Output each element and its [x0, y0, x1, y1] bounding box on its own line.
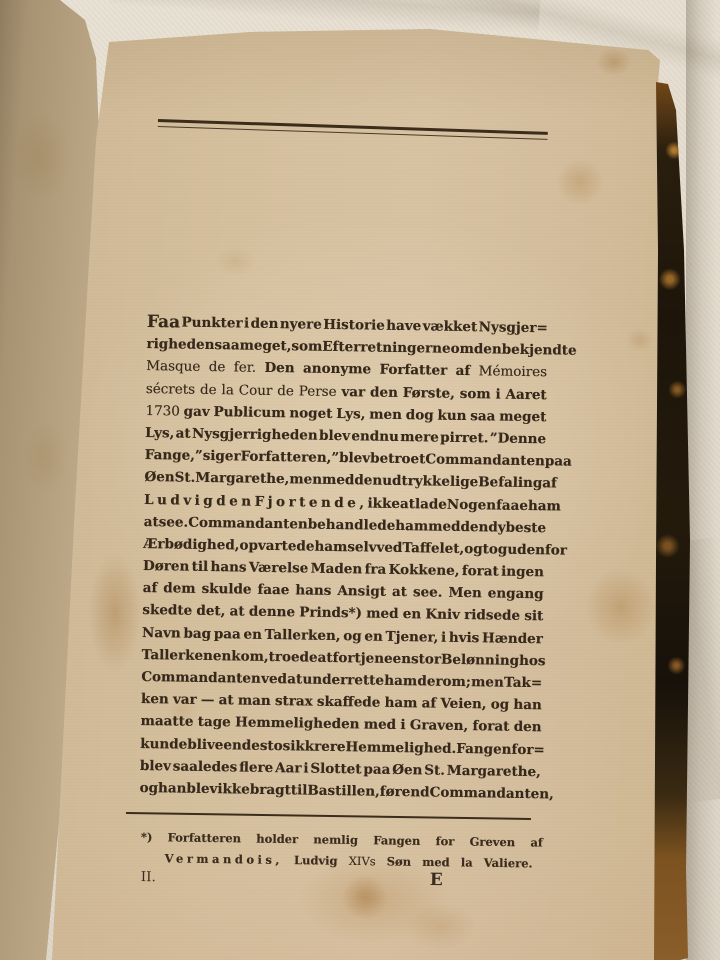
- word: af: [142, 577, 157, 599]
- word: ridsede: [464, 604, 520, 627]
- word: Bastillen,: [307, 780, 380, 803]
- word: denne: [249, 601, 296, 624]
- word: Ludvig: [144, 488, 217, 511]
- word: ved: [261, 668, 287, 691]
- word: fra: [364, 559, 386, 582]
- word: Aar: [275, 757, 302, 780]
- word: med: [366, 603, 399, 626]
- word: betroet: [370, 448, 426, 471]
- word: i: [400, 714, 405, 736]
- word: en: [403, 603, 422, 625]
- word: de: [277, 380, 294, 402]
- book-shadow: [686, 0, 720, 960]
- word: blive: [187, 733, 223, 756]
- word: Faa: [147, 311, 181, 334]
- word: en: [364, 625, 383, 647]
- word: Graven,: [410, 715, 469, 738]
- word: af: [530, 832, 543, 853]
- word: troede: [268, 646, 317, 669]
- word: Belønning: [441, 648, 519, 671]
- word: ingen: [501, 561, 544, 584]
- word: Publicum: [213, 401, 285, 424]
- word: den: [354, 470, 382, 493]
- volume-number: II.: [141, 869, 156, 885]
- footnote-rule: [126, 812, 531, 820]
- word: 1730: [145, 400, 180, 423]
- word: skulde: [201, 578, 251, 601]
- word: for=: [511, 738, 545, 761]
- word: Veien,: [440, 693, 486, 716]
- word: Margarethe,: [195, 467, 289, 491]
- word: og: [139, 777, 158, 799]
- word: tage: [198, 711, 231, 734]
- word: i: [441, 626, 446, 648]
- word: i: [244, 313, 249, 335]
- word: saaledes: [173, 755, 238, 778]
- header-rule: [158, 119, 548, 140]
- word: udtrykkelige: [382, 470, 478, 494]
- word: Nysgjer=: [478, 316, 547, 339]
- word: og: [490, 694, 509, 716]
- word: som: [459, 382, 490, 405]
- stain: [88, 552, 142, 674]
- word: skedte: [142, 599, 192, 622]
- word: om: [450, 338, 474, 361]
- word: endnu: [351, 425, 399, 448]
- word: kom,: [231, 645, 269, 668]
- word: vækket: [422, 315, 477, 338]
- book-page: FaaPunkteridennyereHistoriehavevækketNys…: [0, 0, 720, 960]
- word: opvartede: [239, 534, 314, 557]
- stain: [626, 328, 654, 352]
- word: dem: [163, 578, 196, 601]
- word: førend: [380, 781, 430, 804]
- word: forat: [462, 560, 499, 583]
- word: bag: [183, 622, 211, 645]
- fabric-fold: [109, 0, 541, 35]
- word: Fjortende,: [254, 490, 367, 514]
- word: ken: [141, 688, 169, 711]
- word: Slottet: [310, 757, 362, 780]
- signature-row: II. E: [141, 866, 443, 890]
- word: lade: [415, 493, 447, 516]
- word: Valiere.: [484, 853, 533, 875]
- word: Kniv: [425, 604, 460, 627]
- word: de: [209, 356, 226, 378]
- word: men: [471, 671, 504, 694]
- word: blev: [319, 425, 350, 448]
- word: saa: [470, 405, 495, 428]
- word: til: [291, 779, 308, 801]
- stain: [585, 568, 657, 646]
- word: og: [343, 625, 362, 647]
- word: med: [322, 469, 355, 492]
- word: Forfatteren,: [240, 446, 331, 470]
- word: derom;: [417, 670, 471, 693]
- word: hos: [519, 650, 546, 673]
- page-body-text: FaaPunkteridennyereHistoriehavevækketNys…: [139, 311, 548, 805]
- word: med: [428, 515, 461, 538]
- stain: [10, 112, 70, 202]
- word: mere: [400, 426, 439, 449]
- word: Commandanten: [188, 511, 308, 535]
- word: den: [513, 716, 541, 739]
- word: la: [221, 379, 234, 401]
- word: det,: [196, 600, 225, 623]
- word: at: [287, 668, 302, 690]
- word: af: [421, 693, 436, 715]
- word: see.: [413, 581, 443, 604]
- word: meget: [499, 405, 546, 428]
- word: ham: [528, 495, 561, 518]
- word: saa: [214, 334, 239, 357]
- word: faae: [496, 494, 528, 517]
- word: Efterretningerne: [322, 336, 451, 360]
- word: ”blev: [331, 447, 370, 470]
- word: stor: [411, 648, 441, 671]
- word: holder: [256, 829, 298, 851]
- word: have: [386, 315, 421, 338]
- word: underrette: [302, 668, 384, 691]
- word: ikke: [217, 778, 250, 801]
- word: ham: [395, 515, 428, 538]
- stain: [404, 902, 476, 950]
- word: at: [392, 581, 407, 603]
- word: skaffede: [317, 691, 381, 714]
- word: Forfatteren: [167, 827, 241, 849]
- word: den: [460, 516, 488, 539]
- word: den: [216, 490, 255, 513]
- word: Kokkene,: [388, 559, 459, 582]
- word: af: [455, 360, 470, 382]
- word: i: [303, 757, 308, 779]
- word: Punkter: [181, 312, 242, 335]
- word: i: [495, 383, 500, 405]
- word: til: [191, 556, 208, 578]
- word: tog: [482, 538, 507, 561]
- word: Commandanten: [425, 449, 545, 473]
- word: han: [158, 777, 187, 800]
- word: den: [474, 338, 502, 361]
- word: behandlede: [307, 513, 395, 537]
- word: Nysgjerrigheden: [192, 423, 318, 447]
- word: forat: [472, 716, 509, 739]
- word: —: [201, 689, 215, 711]
- word: *): [141, 827, 153, 848]
- stain: [556, 158, 604, 206]
- word: nemlig: [313, 829, 358, 851]
- word: Værelse: [249, 557, 309, 580]
- word: blev: [140, 755, 171, 778]
- word: Historie: [323, 314, 385, 337]
- word: hans: [210, 556, 246, 579]
- word: siger: [202, 445, 240, 468]
- word: pirret.: [440, 427, 489, 450]
- word: den: [250, 313, 278, 336]
- word: fortjene: [332, 647, 392, 670]
- stain: [214, 246, 256, 276]
- word: at: [218, 689, 233, 711]
- word: ham: [314, 536, 347, 559]
- word: Greven: [469, 832, 515, 854]
- word: at: [229, 601, 244, 623]
- word: Fange,”: [145, 444, 203, 467]
- word: Ærbødighed,: [143, 533, 239, 557]
- word: faae: [257, 579, 289, 602]
- word: paa: [363, 758, 390, 781]
- word: Men: [448, 582, 482, 605]
- word: ved: [376, 537, 402, 560]
- word: kun: [437, 404, 466, 427]
- word: maatte: [140, 710, 193, 733]
- word: Øen: [144, 466, 175, 489]
- word: see.: [158, 511, 188, 534]
- word: Første,: [403, 382, 455, 405]
- word: at: [175, 422, 190, 444]
- word: meget,: [239, 335, 291, 358]
- word: Tallerken,: [264, 624, 340, 647]
- word: Tallerkenen: [141, 644, 231, 668]
- word: ikke: [367, 492, 400, 515]
- word: fer.: [234, 357, 257, 380]
- word: Fangen: [373, 830, 420, 852]
- word: la: [461, 852, 473, 873]
- word: man: [238, 690, 271, 713]
- word: Øen: [392, 759, 423, 782]
- word: sit: [524, 605, 543, 627]
- word: en: [223, 734, 242, 756]
- word: den: [370, 381, 398, 404]
- word: Tjener,: [385, 625, 438, 648]
- word: Nogen: [447, 493, 497, 516]
- word: paa: [214, 623, 241, 646]
- word: var: [341, 381, 365, 404]
- word: gav: [183, 400, 209, 423]
- word: Hemmeligheden: [235, 712, 360, 736]
- word: Lys,: [336, 403, 366, 426]
- word: ham: [384, 692, 417, 715]
- word: at: [317, 647, 332, 669]
- word: bragt: [250, 779, 291, 802]
- word: Commandanten: [141, 666, 261, 690]
- word: kunde: [140, 733, 187, 756]
- word: han: [513, 694, 542, 717]
- word: Tak=: [504, 672, 543, 695]
- word: Cour: [239, 379, 273, 402]
- word: en: [392, 648, 411, 670]
- word: de: [200, 378, 217, 400]
- word: Prinds*): [299, 602, 362, 625]
- word: Døren: [143, 555, 190, 578]
- word: en: [243, 623, 262, 645]
- word: Fangen: [456, 737, 512, 760]
- word: Befaling: [478, 472, 542, 495]
- word: bekjendte: [501, 339, 576, 362]
- word: hans: [295, 580, 331, 603]
- word: flere: [239, 756, 273, 779]
- word: ham: [384, 670, 417, 693]
- word: Perse: [299, 380, 337, 403]
- word: Hemmelighed.: [345, 736, 456, 760]
- word: ”Denne: [490, 427, 547, 450]
- gathering-signature: E: [430, 870, 443, 890]
- word: noget: [289, 402, 332, 425]
- word: St.: [174, 467, 195, 490]
- word: Den: [264, 357, 294, 380]
- word: blev: [186, 778, 217, 801]
- stain: [596, 48, 632, 76]
- word: af: [542, 473, 557, 495]
- word: og: [464, 538, 483, 560]
- word: Mémoires: [478, 361, 547, 384]
- word: var: [173, 689, 197, 712]
- word: udenfor: [507, 539, 567, 562]
- word: Margarethe,: [447, 760, 541, 784]
- word: Navn: [142, 622, 181, 645]
- word: for: [435, 831, 454, 852]
- word: Masque: [146, 355, 200, 378]
- stain: [22, 420, 68, 494]
- word: sécrets: [146, 378, 196, 401]
- word: sikkrere: [282, 735, 345, 758]
- word: Taffelet,: [402, 537, 464, 560]
- word: hvis: [449, 626, 480, 649]
- word: Forfatter: [379, 359, 447, 382]
- word: Lys,: [145, 422, 175, 445]
- word: at: [144, 511, 159, 533]
- word: paa: [545, 450, 572, 473]
- word: righeden: [146, 333, 214, 356]
- word: men: [369, 403, 402, 426]
- word: desto: [242, 734, 283, 757]
- word: selv: [347, 536, 377, 559]
- word: anonyme: [303, 358, 371, 381]
- word: Maden: [310, 558, 362, 581]
- word: Ansigt: [337, 580, 386, 603]
- word: dog: [406, 404, 434, 427]
- word: Hænder: [482, 627, 543, 650]
- photo-scene: FaaPunkteridennyereHistoriehavevækketNys…: [0, 0, 720, 960]
- word: nyere: [280, 313, 322, 336]
- word: men: [289, 469, 322, 492]
- word: engang: [488, 583, 544, 606]
- word: strax: [275, 690, 313, 713]
- word: Aaret: [505, 383, 547, 406]
- word: at: [400, 492, 415, 514]
- word: med: [364, 714, 397, 737]
- word: som: [291, 335, 322, 358]
- word: dybeste: [488, 516, 546, 539]
- word: St.: [424, 759, 445, 782]
- word: Commandanten,: [429, 781, 554, 805]
